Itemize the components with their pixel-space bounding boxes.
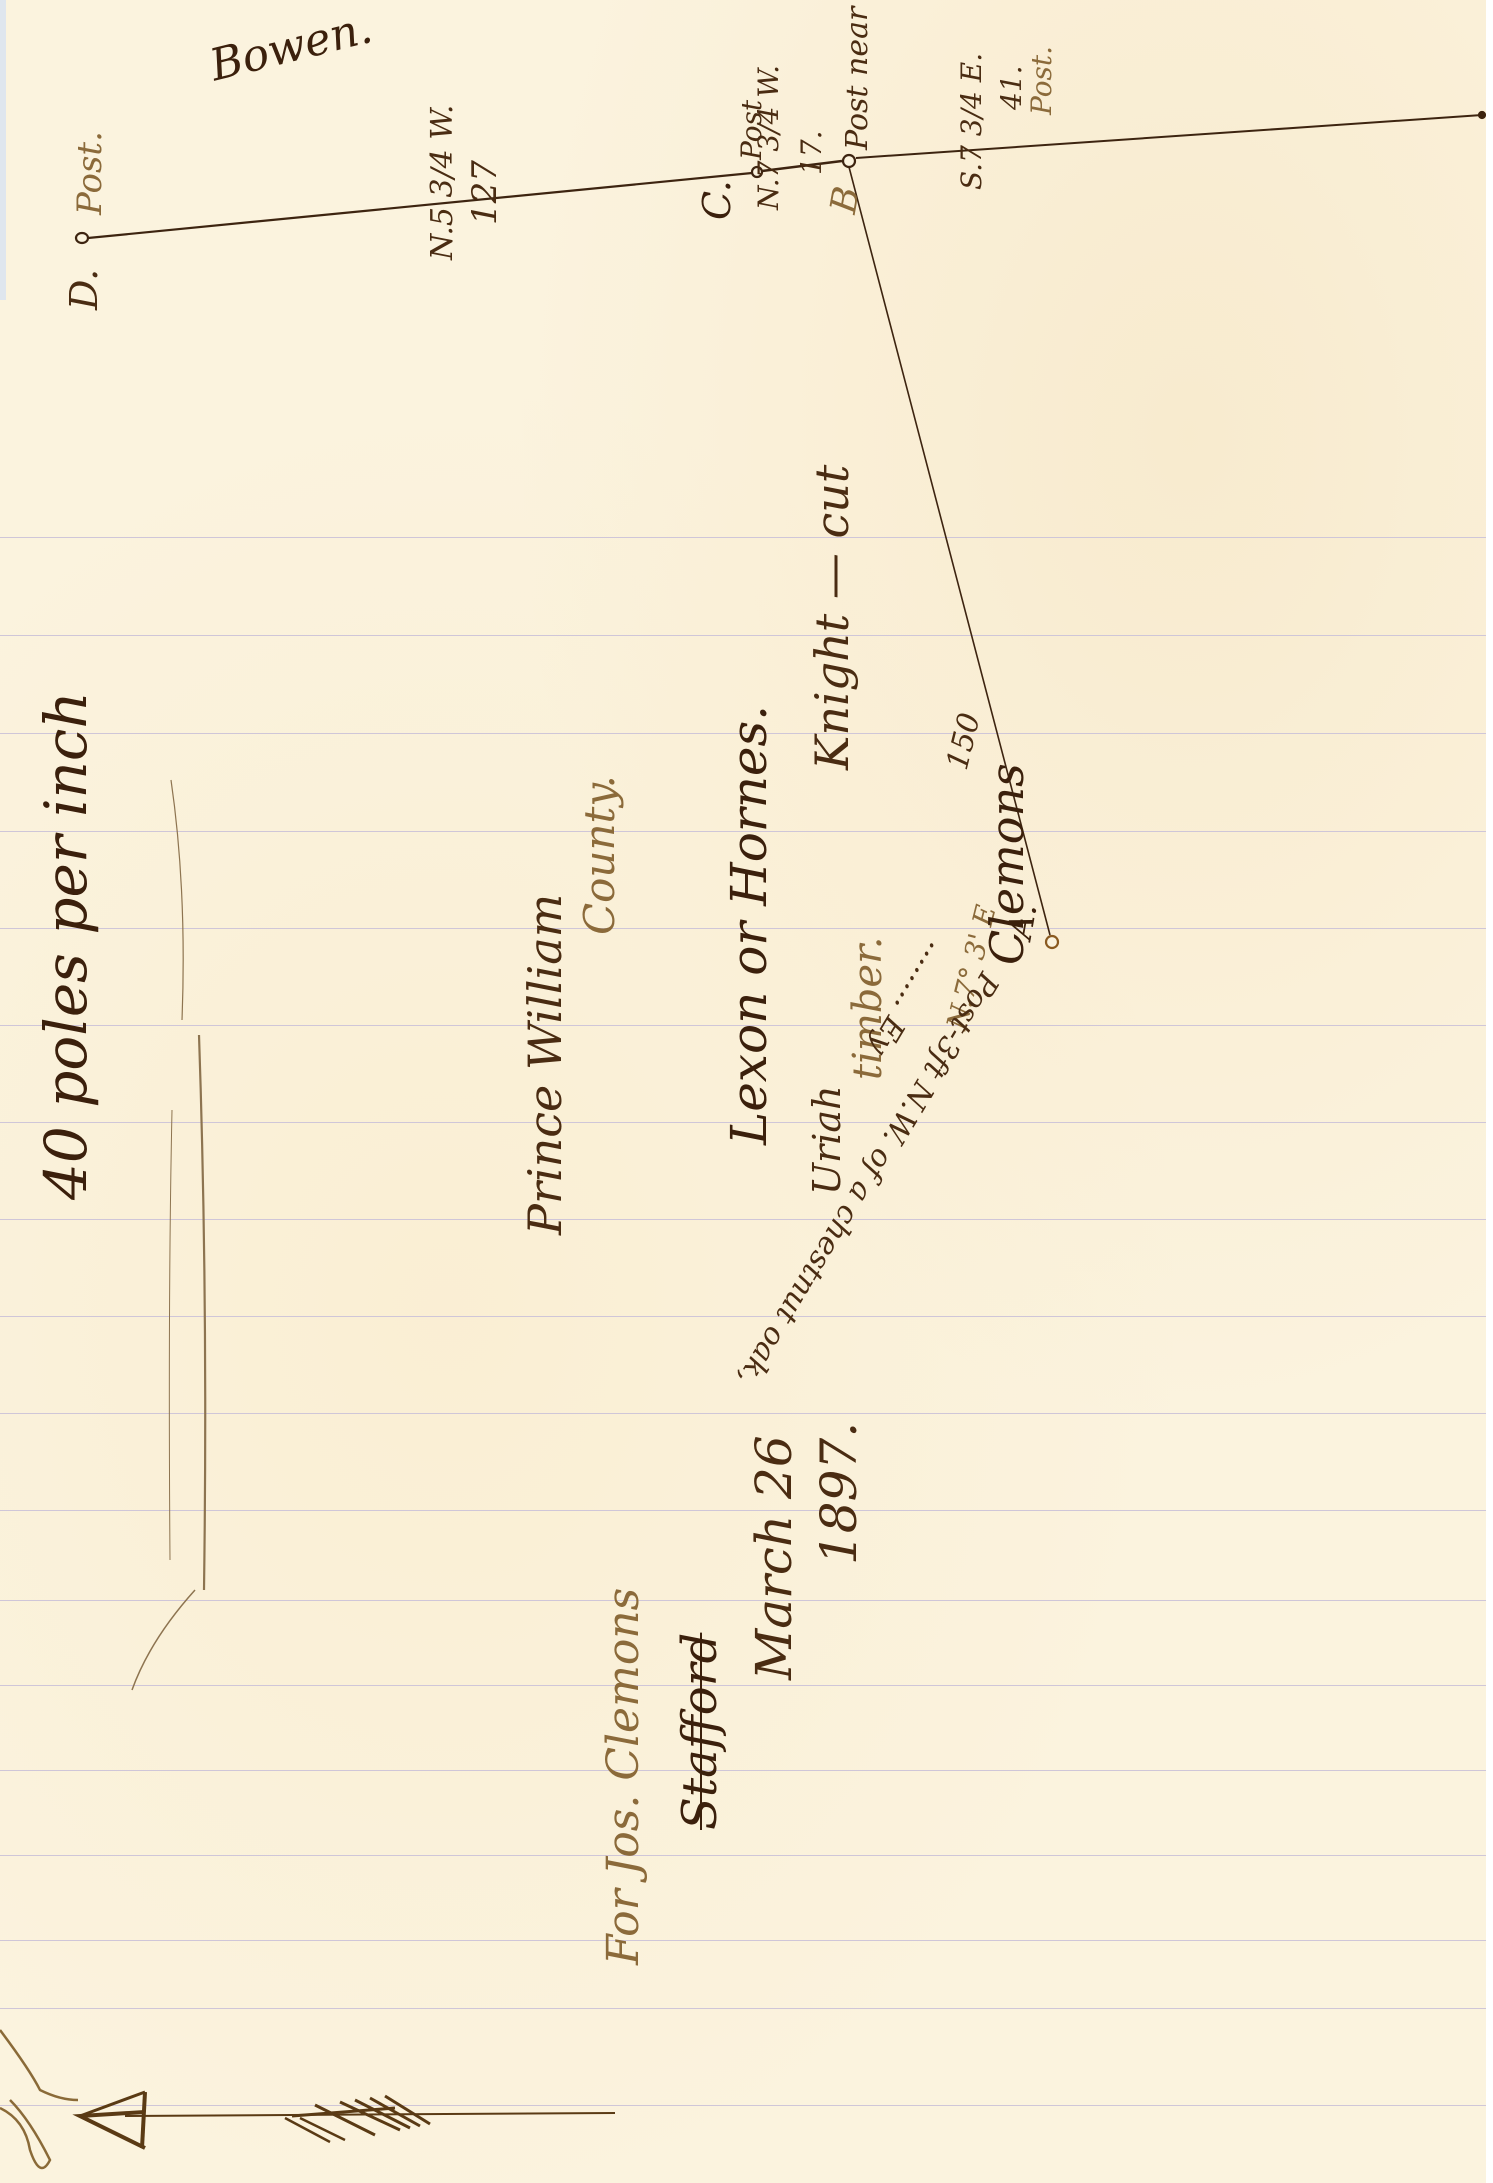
course-DC-bearing: N.5 3/4 W. [425,105,460,260]
north-arrow-icon [80,2092,615,2148]
point-E-note: Post. [1025,46,1058,115]
course-BE-bearing: S.7 3/4 E. [955,53,988,190]
title-flourish [132,780,205,1690]
point-C-label: C. [695,180,739,220]
post-A-icon [1046,936,1058,948]
point-B-note: Post near a Road. [840,0,875,150]
point-D-note: Post. [70,131,110,215]
plat-year: 1897. [810,1422,868,1565]
course-CB-bearing: N.7 3/4 W. [752,65,785,210]
north-letter-icon [0,2030,78,2168]
post-E-icon [1479,112,1485,118]
adjoiner-lexon-hornes: Lexon or Hornes. [720,705,778,1145]
adjoiner-knight: Knight — cut [805,465,859,770]
plat-date: March 26 [745,1435,803,1680]
post-D-icon [76,233,88,243]
course-CB-distance: 17. [795,130,828,175]
struck-name: Stafford [672,1633,728,1830]
point-D-label: D. [62,269,106,310]
boundary-lines [88,115,1482,935]
scale-title: 40 poles per inch [32,691,100,1200]
county-name: Prince William [518,894,572,1235]
for-line: For Jos. Clemons [598,1588,649,1965]
corner-posts [76,112,1485,948]
point-A-label: A. [1000,900,1046,942]
county-suffix: County. [575,775,624,935]
paper-edge-right [1486,0,1493,2183]
line-D-C [88,173,752,238]
course-DC-distance: 127 [465,160,505,225]
course-BE-distance: 41. [995,65,1028,110]
post-B-icon [843,155,855,167]
line-B-E [856,115,1482,158]
